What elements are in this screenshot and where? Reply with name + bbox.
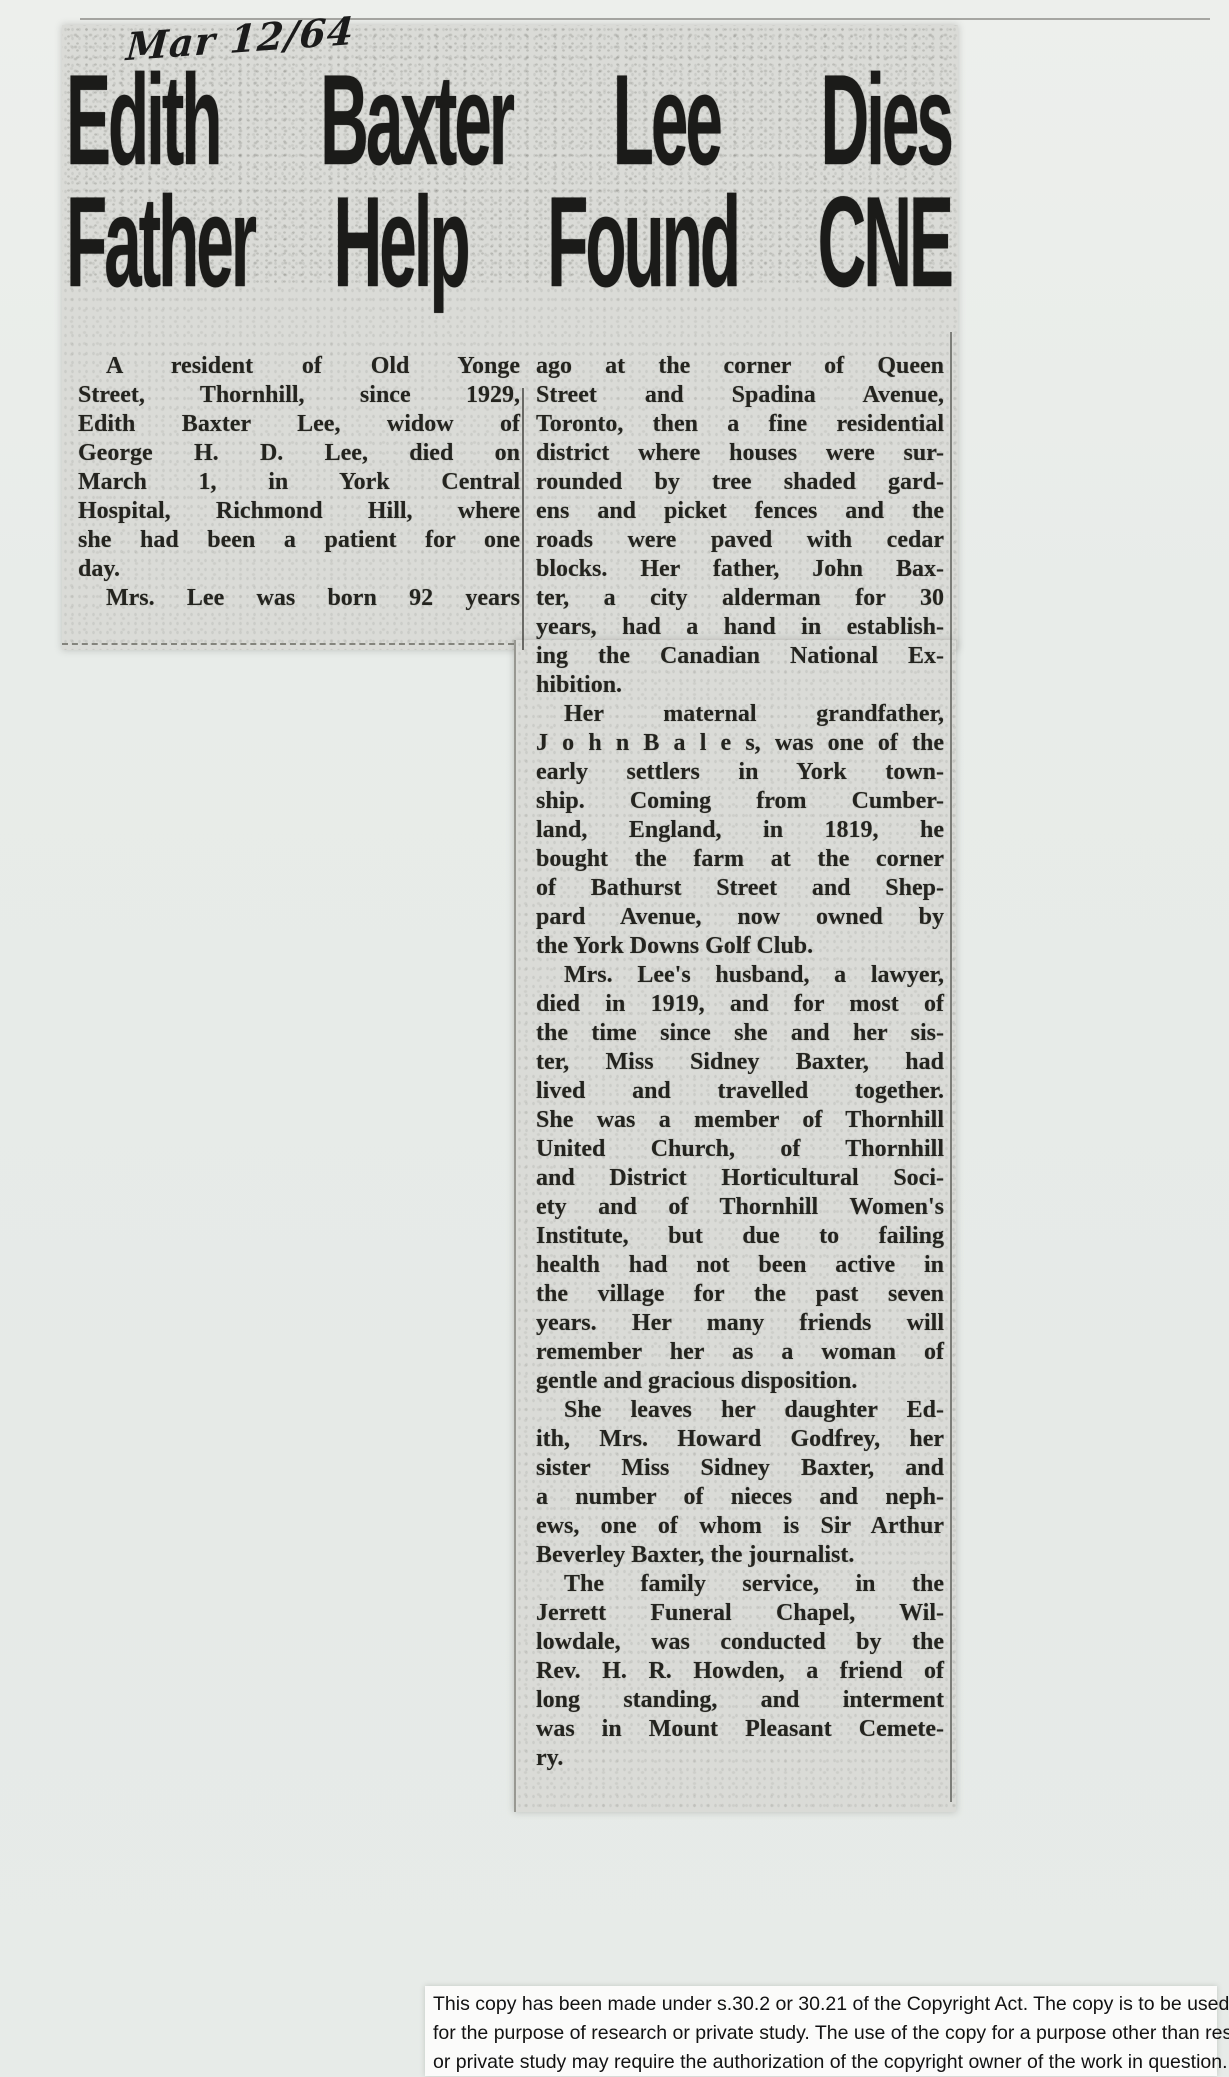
article-line: district where houses were sur- [536,439,944,468]
article-line: ter, Miss Sidney Baxter, had [536,1048,944,1077]
copyright-line: or private study may require the authori… [433,2048,1209,2077]
article-line: years. Her many friends will [536,1309,944,1338]
article-line: roads were paved with cedar [536,526,944,555]
article-line: and District Horticultural Soci- [536,1164,944,1193]
article-line: Hospital, Richmond Hill, where [78,497,520,526]
article-line: Institute, but due to failing [536,1222,944,1251]
article-line: day. [78,555,520,584]
article-line: the village for the past seven [536,1280,944,1309]
article-line: J o h n B a l e s, was one of the [536,729,944,758]
headline-word: Baxter [320,56,512,185]
article-line: ry. [536,1744,944,1773]
copyright-stamp: This copy has been made under s.30.2 or … [425,1986,1217,2076]
headline-word: Father [66,178,254,307]
article-line: health had not been active in [536,1251,944,1280]
article-line: A resident of Old Yonge [78,352,520,381]
article-line: ety and of Thornhill Women's [536,1193,944,1222]
article-left-column: A resident of Old YongeStreet, Thornhill… [78,352,520,613]
article-line: she had been a patient for one [78,526,520,555]
headline-line-2: FatherHelpFoundCNE [66,178,951,307]
article-line: of Bathurst Street and Shep- [536,874,944,903]
article-line: United Church, of Thornhill [536,1135,944,1164]
article-line: bought the farm at the corner [536,845,944,874]
article-line: gentle and gracious disposition. [536,1367,944,1396]
article-line: rounded by tree shaded gard- [536,468,944,497]
copyright-line: This copy has been made under s.30.2 or … [433,1990,1209,2019]
article-line: lived and travelled together. [536,1077,944,1106]
headline-word: Lee [613,56,720,185]
headline-word: Edith [66,56,219,185]
article-line: ens and picket fences and the [536,497,944,526]
copyright-line: for the purpose of research or private s… [433,2019,1209,2048]
article-line: Street and Spadina Avenue, [536,381,944,410]
article-line: ing the Canadian National Ex- [536,642,944,671]
article-line: ship. Coming from Cumber- [536,787,944,816]
article-line: ith, Mrs. Howard Godfrey, her [536,1425,944,1454]
article-line: Jerrett Funeral Chapel, Wil- [536,1599,944,1628]
article-line: sister Miss Sidney Baxter, and [536,1454,944,1483]
article-line: hibition. [536,671,944,700]
article-line: She was a member of Thornhill [536,1106,944,1135]
torn-edge [62,643,514,645]
article-line: remember her as a woman of [536,1338,944,1367]
column-divider-rule [522,388,524,650]
article-right-column: ago at the corner of QueenStreet and Spa… [536,352,944,1773]
article-line: pard Avenue, now owned by [536,903,944,932]
article-line: Her maternal grandfather, [536,700,944,729]
headline-line-1: EdithBaxterLeeDies [66,56,951,185]
article-line: ews, one of whom is Sir Arthur [536,1512,944,1541]
article-line: was in Mount Pleasant Cemete- [536,1715,944,1744]
column-right-rule [950,332,952,1802]
article-line: lowdale, was conducted by the [536,1628,944,1657]
article-line: years, had a hand in establish- [536,613,944,642]
article-line: long standing, and interment [536,1686,944,1715]
headline-word: Dies [821,56,951,185]
article-line: Mrs. Lee's husband, a lawyer, [536,961,944,990]
article-line: Mrs. Lee was born 92 years [78,584,520,613]
article-line: blocks. Her father, John Bax- [536,555,944,584]
article-line: March 1, in York Central [78,468,520,497]
article-line: the time since she and her sis- [536,1019,944,1048]
headline-word: Found [547,178,738,307]
article-line: Street, Thornhill, since 1929, [78,381,520,410]
article-line: land, England, in 1819, he [536,816,944,845]
article-line: a number of nieces and neph- [536,1483,944,1512]
article-line: She leaves her daughter Ed- [536,1396,944,1425]
article-line: the York Downs Golf Club. [536,932,944,961]
article-line: ago at the corner of Queen [536,352,944,381]
headline-word: CNE [818,178,951,307]
article-line: Rev. H. R. Howden, a friend of [536,1657,944,1686]
article-line: ter, a city alderman for 30 [536,584,944,613]
headline-word: Help [334,178,468,307]
article-line: died in 1919, and for most of [536,990,944,1019]
article-line: The family service, in the [536,1570,944,1599]
article-line: George H. D. Lee, died on [78,439,520,468]
article-line: Beverley Baxter, the journalist. [536,1541,944,1570]
article-line: Edith Baxter Lee, widow of [78,410,520,439]
article-line: Toronto, then a fine residential [536,410,944,439]
article-line: early settlers in York town- [536,758,944,787]
